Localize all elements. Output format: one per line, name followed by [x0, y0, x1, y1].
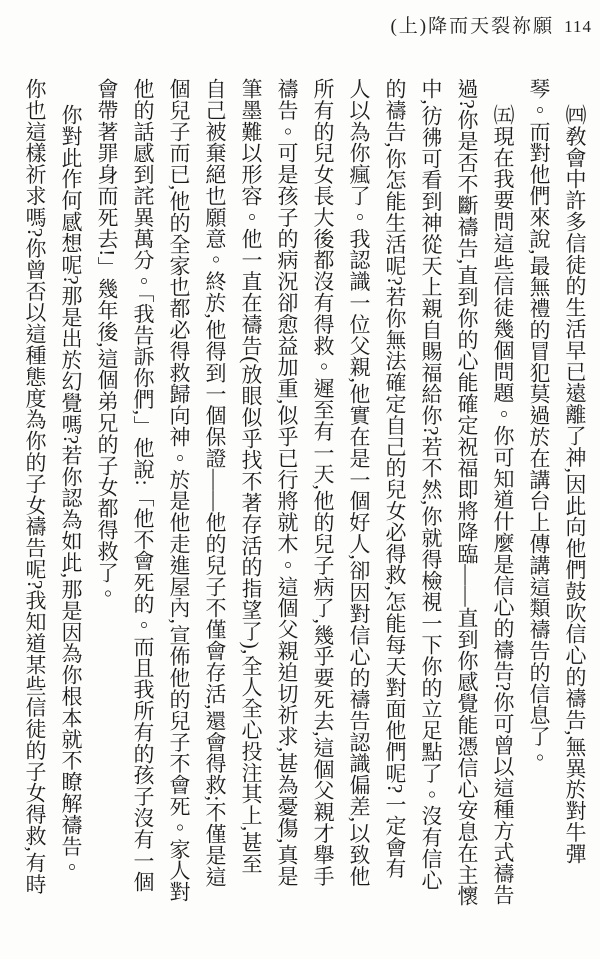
text-block: ㈣敎會中許多信徒的生活早已遠離了神,因此向他們鼓吹信心的禱告,無異於對牛彈 琴。…: [15, 78, 593, 946]
text-column: ㈤現在我要問這些信徒幾個問題。你可知道什麼是信心的禱告?你可曾以這種方式禱告: [485, 78, 521, 946]
text-column: 過?你是否不斷禱告,直到你的心能確定祝福即將降臨——直到你感覺能憑信心安息在主懷: [449, 78, 485, 946]
book-page: (上)降而天裂祢願 114 ㈣敎會中許多信徒的生活早已遠離了神,因此向他們鼓吹信…: [0, 0, 600, 959]
text-column: 你也這樣祈求嗎?你曾否以這種態度為你的子女禱告呢?我知道某些信徒的子女得救,有時: [17, 78, 53, 946]
page-header: (上)降而天裂祢願 114: [390, 11, 592, 38]
text-column: 自己被棄絕也願意。終於,他得到一個保證——他的兒子不僅會存活,還會得救;不僅是這: [197, 78, 233, 946]
text-column: 個兒子而已,他的全家也都必得救歸向神。於是他走進屋內,宣佈他的兒子不會死。家人對: [161, 78, 197, 946]
text-column: ㈣敎會中許多信徒的生活早已遠離了神,因此向他們鼓吹信心的禱告,無異於對牛彈: [557, 78, 593, 946]
text-column: 所有的兒女長大後都沒有得救。遲至有一天,他的兒子病了,幾乎要死去,這個父親才舉手: [305, 78, 341, 946]
running-title: (上)降而天裂祢願: [390, 11, 554, 38]
text-column: 禱告。可是孩子的病況卻愈益加重,似乎已行將就木。這個父親迫切祈求,甚為憂傷,真是: [269, 78, 305, 946]
text-column: 你對此作何感想呢?那是出於幻覺嗎?若你認為如此,那是因為你根本就不瞭解禱告。: [53, 78, 89, 946]
page-number: 114: [564, 17, 592, 37]
text-column: 筆墨難以形容。他一直在禱告(放眼似乎找不著存活的指望了),全人全心投注其上,甚至: [233, 78, 269, 946]
text-column: 會帶著罪身而死去!」幾年後,這個弟兄的子女都得救了。: [89, 78, 125, 946]
text-column: 中,彷彿可看到神從天上親自賜福給你?若不然,你就得檢視一下你的立足點了。沒有信心: [413, 78, 449, 946]
text-column: 琴。而對他們來說,最無禮的冒犯莫過於在講台上傳講這類禱告的信息了。: [521, 78, 557, 946]
text-column: 的禱告,你怎能生活呢?若你無法確定自己的兒女必得救,怎能每天對面他們呢?一定會有: [377, 78, 413, 946]
text-column: 人以為你瘋了。我認識一位父親,他實在是一個好人,卻因對信心的禱告認識偏差,以致他: [341, 78, 377, 946]
text-column: 他的話感到詫異萬分。「我告訴你們,」他說:「他不會死的。而且我所有的孩子沒有一個: [125, 78, 161, 946]
